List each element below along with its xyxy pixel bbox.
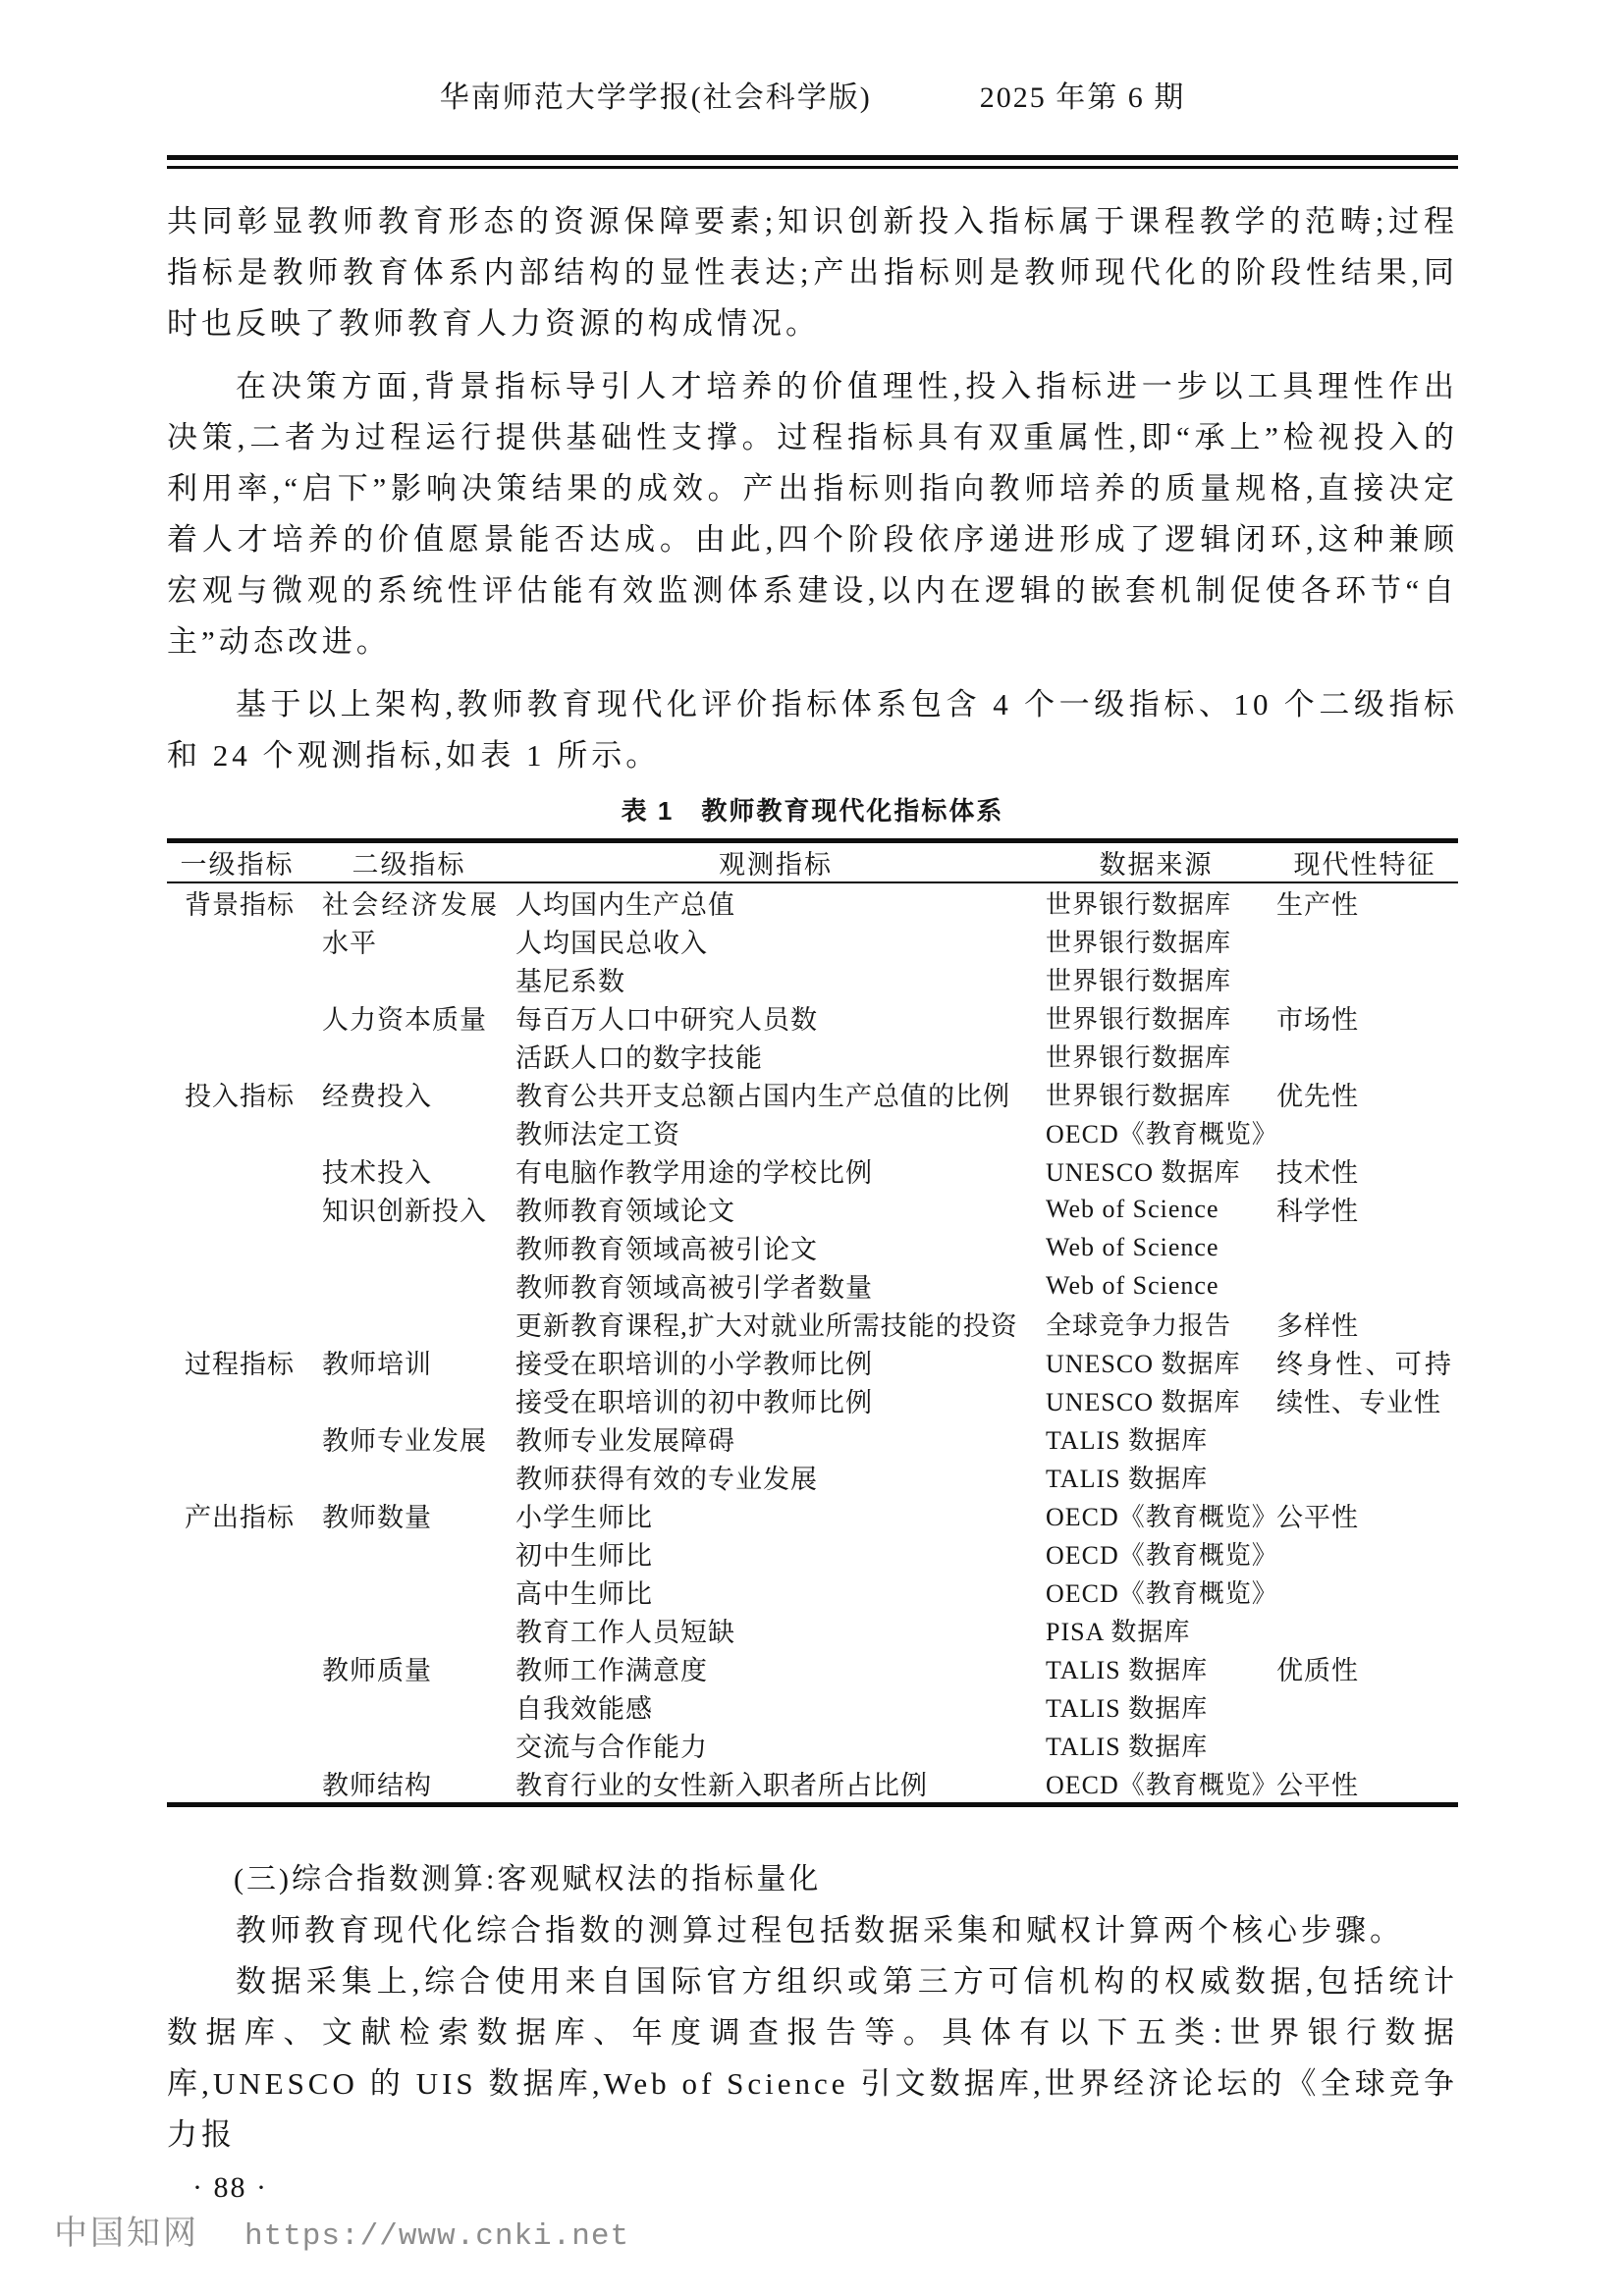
observed-indicator: 有电脑作教学用途的学校比例 (511, 1151, 1041, 1190)
level1-indicator (167, 1458, 307, 1496)
observed-indicator: 接受在职培训的小学教师比例 (511, 1343, 1041, 1381)
level2-indicator-text: 社会经济发展 (322, 883, 497, 922)
level2-indicator: 经费投入 (307, 1075, 511, 1113)
data-source: OECD《教育概览》 (1041, 1496, 1272, 1534)
observed-indicator: 教师教育领域论文 (511, 1190, 1041, 1228)
observed-indicator: 更新教育课程,扩大对就业所需技能的投资 (511, 1305, 1041, 1343)
table-row: 投入指标经费投入教育公共开支总额占国内生产总值的比例世界银行数据库优先性 (167, 1075, 1458, 1113)
indicator-table-body: 背景指标社会经济发展人均国内生产总值世界银行数据库生产性水平人均国民总收入世界银… (167, 882, 1458, 1805)
data-source: OECD《教育概览》 (1041, 1573, 1272, 1611)
level1-indicator (167, 1534, 307, 1573)
modernity-feature (1272, 960, 1458, 998)
level1-indicator (167, 922, 307, 960)
modernity-feature: 技术性 (1272, 1151, 1458, 1190)
table-row: 高中生师比OECD《教育概览》 (167, 1573, 1458, 1611)
table-row: 教师教育领域高被引论文Web of Science (167, 1228, 1458, 1266)
table-row: 教师专业发展教师专业发展障碍TALIS 数据库 (167, 1419, 1458, 1458)
modernity-feature (1272, 1266, 1458, 1305)
table-row: 背景指标社会经济发展人均国内生产总值世界银行数据库生产性 (167, 882, 1458, 922)
data-source: UNESCO 数据库 (1041, 1381, 1272, 1419)
data-source: TALIS 数据库 (1041, 1687, 1272, 1726)
body-paragraph-3: 基于以上架构,教师教育现代化评价指标体系包含 4 个一级指标、10 个二级指标和… (167, 679, 1458, 781)
observed-indicator: 高中生师比 (511, 1573, 1041, 1611)
modernity-feature (1272, 1228, 1458, 1266)
data-source: TALIS 数据库 (1041, 1458, 1272, 1496)
level1-indicator (167, 1266, 307, 1305)
modernity-feature (1272, 922, 1458, 960)
level1-indicator: 背景指标 (167, 882, 307, 922)
level1-indicator (167, 998, 307, 1037)
table-row: 知识创新投入教师教育领域论文Web of Science科学性 (167, 1190, 1458, 1228)
data-source: Web of Science (1041, 1228, 1272, 1266)
footer-brand: 中国知网 (54, 2215, 199, 2254)
observed-indicator: 初中生师比 (511, 1534, 1041, 1573)
modernity-feature (1272, 1419, 1458, 1458)
section-heading: (三)综合指数测算:客观赋权法的指标量化 (167, 1854, 1458, 1905)
observed-indicator: 自我效能感 (511, 1687, 1041, 1726)
level1-indicator (167, 1573, 307, 1611)
journal-header: 华南师范大学学报(社会科学版) 2025 年第 6 期 (167, 79, 1458, 118)
observed-indicator: 每百万人口中研究人员数 (511, 998, 1041, 1037)
table-row: 交流与合作能力TALIS 数据库 (167, 1726, 1458, 1764)
level2-indicator: 社会经济发展 (307, 882, 511, 922)
data-source: OECD《教育概览》 (1041, 1764, 1272, 1805)
level2-indicator (307, 1726, 511, 1764)
level1-indicator (167, 1190, 307, 1228)
body-paragraph-4: 教师教育现代化综合指数的测算过程包括数据采集和赋权计算两个核心步骤。 (167, 1905, 1458, 1956)
table-row: 自我效能感TALIS 数据库 (167, 1687, 1458, 1726)
observed-indicator: 教师法定工资 (511, 1113, 1041, 1151)
observed-indicator: 人均国内生产总值 (511, 882, 1041, 922)
table-row: 教师质量教师工作满意度TALIS 数据库优质性 (167, 1649, 1458, 1687)
journal-title: 华南师范大学学报(社会科学版) (440, 79, 872, 118)
data-source: 世界银行数据库 (1041, 922, 1272, 960)
level1-indicator (167, 1687, 307, 1726)
modernity-feature: 优先性 (1272, 1075, 1458, 1113)
body-paragraph-2: 在决策方面,背景指标导引人才培养的价值理性,投入指标进一步以工具理性作出决策,二… (167, 361, 1458, 667)
column-header-data-source: 数据来源 (1041, 841, 1272, 883)
indicator-table: 一级指标 二级指标 观测指标 数据来源 现代性特征 背景指标社会经济发展人均国内… (167, 838, 1458, 1807)
level2-indicator (307, 1611, 511, 1649)
table-row: 基尼系数世界银行数据库 (167, 960, 1458, 998)
footer-url: https://www.cnki.net (244, 2217, 629, 2257)
level1-indicator (167, 1113, 307, 1151)
modernity-feature (1272, 1113, 1458, 1151)
level2-indicator: 教师质量 (307, 1649, 511, 1687)
observed-indicator: 教育行业的女性新入职者所占比例 (511, 1764, 1041, 1805)
table-row: 教师获得有效的专业发展TALIS 数据库 (167, 1458, 1458, 1496)
level1-indicator (167, 1381, 307, 1419)
data-source: 世界银行数据库 (1041, 1037, 1272, 1075)
modernity-feature (1272, 1687, 1458, 1726)
observed-indicator: 教育公共开支总额占国内生产总值的比例 (511, 1075, 1041, 1113)
table-row: 教师结构教育行业的女性新入职者所占比例OECD《教育概览》公平性 (167, 1764, 1458, 1805)
level2-indicator (307, 1573, 511, 1611)
modernity-feature (1272, 1534, 1458, 1573)
level2-indicator (307, 1266, 511, 1305)
level1-indicator (167, 960, 307, 998)
modernity-feature (1272, 1037, 1458, 1075)
level1-indicator (167, 1305, 307, 1343)
observed-indicator: 小学生师比 (511, 1496, 1041, 1534)
level2-indicator (307, 960, 511, 998)
observed-indicator: 教师工作满意度 (511, 1649, 1041, 1687)
page: 华南师范大学学报(社会科学版) 2025 年第 6 期 共同彰显教师教育形态的资… (0, 0, 1624, 2296)
level2-indicator (307, 1305, 511, 1343)
table-row: 更新教育课程,扩大对就业所需技能的投资全球竞争力报告多样性 (167, 1305, 1458, 1343)
modernity-feature (1272, 1611, 1458, 1649)
level2-indicator (307, 1228, 511, 1266)
table-row: 教师法定工资OECD《教育概览》 (167, 1113, 1458, 1151)
level2-indicator (307, 1113, 511, 1151)
level1-indicator (167, 1151, 307, 1190)
level2-indicator (307, 1687, 511, 1726)
data-source: 全球竞争力报告 (1041, 1305, 1272, 1343)
observed-indicator: 接受在职培训的初中教师比例 (511, 1381, 1041, 1419)
level1-indicator (167, 1228, 307, 1266)
level1-indicator: 投入指标 (167, 1075, 307, 1113)
modernity-feature-text: 终身性、可持 (1276, 1343, 1451, 1381)
modernity-feature (1272, 1726, 1458, 1764)
observed-indicator: 教师获得有效的专业发展 (511, 1458, 1041, 1496)
modernity-feature: 续性、专业性 (1272, 1381, 1458, 1419)
table-row: 初中生师比OECD《教育概览》 (167, 1534, 1458, 1573)
modernity-feature: 市场性 (1272, 998, 1458, 1037)
modernity-feature: 科学性 (1272, 1190, 1458, 1228)
table-caption: 表 1 教师教育现代化指标体系 (167, 795, 1458, 827)
level1-indicator (167, 1649, 307, 1687)
issue-label: 2025 年第 6 期 (980, 79, 1186, 118)
header-rule (167, 155, 1458, 169)
modernity-feature: 优质性 (1272, 1649, 1458, 1687)
table-row: 过程指标教师培训接受在职培训的小学教师比例UNESCO 数据库终身性、可持 (167, 1343, 1458, 1381)
table-row: 活跃人口的数字技能世界银行数据库 (167, 1037, 1458, 1075)
column-header-observed-indicator: 观测指标 (511, 841, 1041, 883)
level1-indicator: 产出指标 (167, 1496, 307, 1534)
modernity-feature: 多样性 (1272, 1305, 1458, 1343)
data-source: OECD《教育概览》 (1041, 1534, 1272, 1573)
data-source: TALIS 数据库 (1041, 1419, 1272, 1458)
observed-indicator: 教育工作人员短缺 (511, 1611, 1041, 1649)
level2-indicator: 教师数量 (307, 1496, 511, 1534)
level1-indicator (167, 1611, 307, 1649)
observed-indicator: 教师专业发展障碍 (511, 1419, 1041, 1458)
level2-indicator: 人力资本质量 (307, 998, 511, 1037)
table-row: 水平人均国民总收入世界银行数据库 (167, 922, 1458, 960)
table-row: 教育工作人员短缺PISA 数据库 (167, 1611, 1458, 1649)
table-row: 接受在职培训的初中教师比例UNESCO 数据库续性、专业性 (167, 1381, 1458, 1419)
level2-indicator: 知识创新投入 (307, 1190, 511, 1228)
table-row: 产出指标教师数量小学生师比OECD《教育概览》公平性 (167, 1496, 1458, 1534)
level1-indicator (167, 1419, 307, 1458)
level2-indicator: 技术投入 (307, 1151, 511, 1190)
observed-indicator: 人均国民总收入 (511, 922, 1041, 960)
table-header-row: 一级指标 二级指标 观测指标 数据来源 现代性特征 (167, 841, 1458, 883)
data-source: UNESCO 数据库 (1041, 1343, 1272, 1381)
observed-indicator: 教师教育领域高被引论文 (511, 1228, 1041, 1266)
cnki-footer: 中国知网 https://www.cnki.net (54, 2215, 629, 2257)
level2-indicator (307, 1381, 511, 1419)
data-source: TALIS 数据库 (1041, 1649, 1272, 1687)
data-source: UNESCO 数据库 (1041, 1151, 1272, 1190)
column-header-modernity-feature: 现代性特征 (1272, 841, 1458, 883)
observed-indicator: 教师教育领域高被引学者数量 (511, 1266, 1041, 1305)
level2-indicator: 教师培训 (307, 1343, 511, 1381)
level1-indicator (167, 1764, 307, 1805)
body-paragraph-1: 共同彰显教师教育形态的资源保障要素;知识创新投入指标属于课程教学的范畴;过程指标… (167, 196, 1458, 349)
table-row: 人力资本质量每百万人口中研究人员数世界银行数据库市场性 (167, 998, 1458, 1037)
observed-indicator: 活跃人口的数字技能 (511, 1037, 1041, 1075)
modernity-feature (1272, 1573, 1458, 1611)
modernity-feature: 公平性 (1272, 1496, 1458, 1534)
level1-indicator (167, 1726, 307, 1764)
body-paragraph-5: 数据采集上,综合使用来自国际官方组织或第三方可信机构的权威数据,包括统计数据库、… (167, 1956, 1458, 2161)
data-source: 世界银行数据库 (1041, 1075, 1272, 1113)
data-source: Web of Science (1041, 1190, 1272, 1228)
column-header-level2-indicator: 二级指标 (307, 841, 511, 883)
data-source: 世界银行数据库 (1041, 960, 1272, 998)
level2-indicator (307, 1037, 511, 1075)
data-source: 世界银行数据库 (1041, 882, 1272, 922)
data-source: 世界银行数据库 (1041, 998, 1272, 1037)
data-source: Web of Science (1041, 1266, 1272, 1305)
table-row: 技术投入有电脑作教学用途的学校比例UNESCO 数据库技术性 (167, 1151, 1458, 1190)
modernity-feature: 公平性 (1272, 1764, 1458, 1805)
data-source: TALIS 数据库 (1041, 1726, 1272, 1764)
level2-indicator: 教师专业发展 (307, 1419, 511, 1458)
level2-indicator: 教师结构 (307, 1764, 511, 1805)
level2-indicator (307, 1534, 511, 1573)
column-header-level1-indicator: 一级指标 (167, 841, 307, 883)
level1-indicator: 过程指标 (167, 1343, 307, 1381)
page-number: · 88 · (192, 2168, 1458, 2208)
level1-indicator (167, 1037, 307, 1075)
modernity-feature: 终身性、可持 (1272, 1343, 1458, 1381)
modernity-feature: 生产性 (1272, 882, 1458, 922)
data-source: PISA 数据库 (1041, 1611, 1272, 1649)
level2-indicator (307, 1458, 511, 1496)
table-row: 教师教育领域高被引学者数量Web of Science (167, 1266, 1458, 1305)
modernity-feature (1272, 1458, 1458, 1496)
observed-indicator: 基尼系数 (511, 960, 1041, 998)
level2-indicator: 水平 (307, 922, 511, 960)
data-source: OECD《教育概览》 (1041, 1113, 1272, 1151)
observed-indicator: 交流与合作能力 (511, 1726, 1041, 1764)
